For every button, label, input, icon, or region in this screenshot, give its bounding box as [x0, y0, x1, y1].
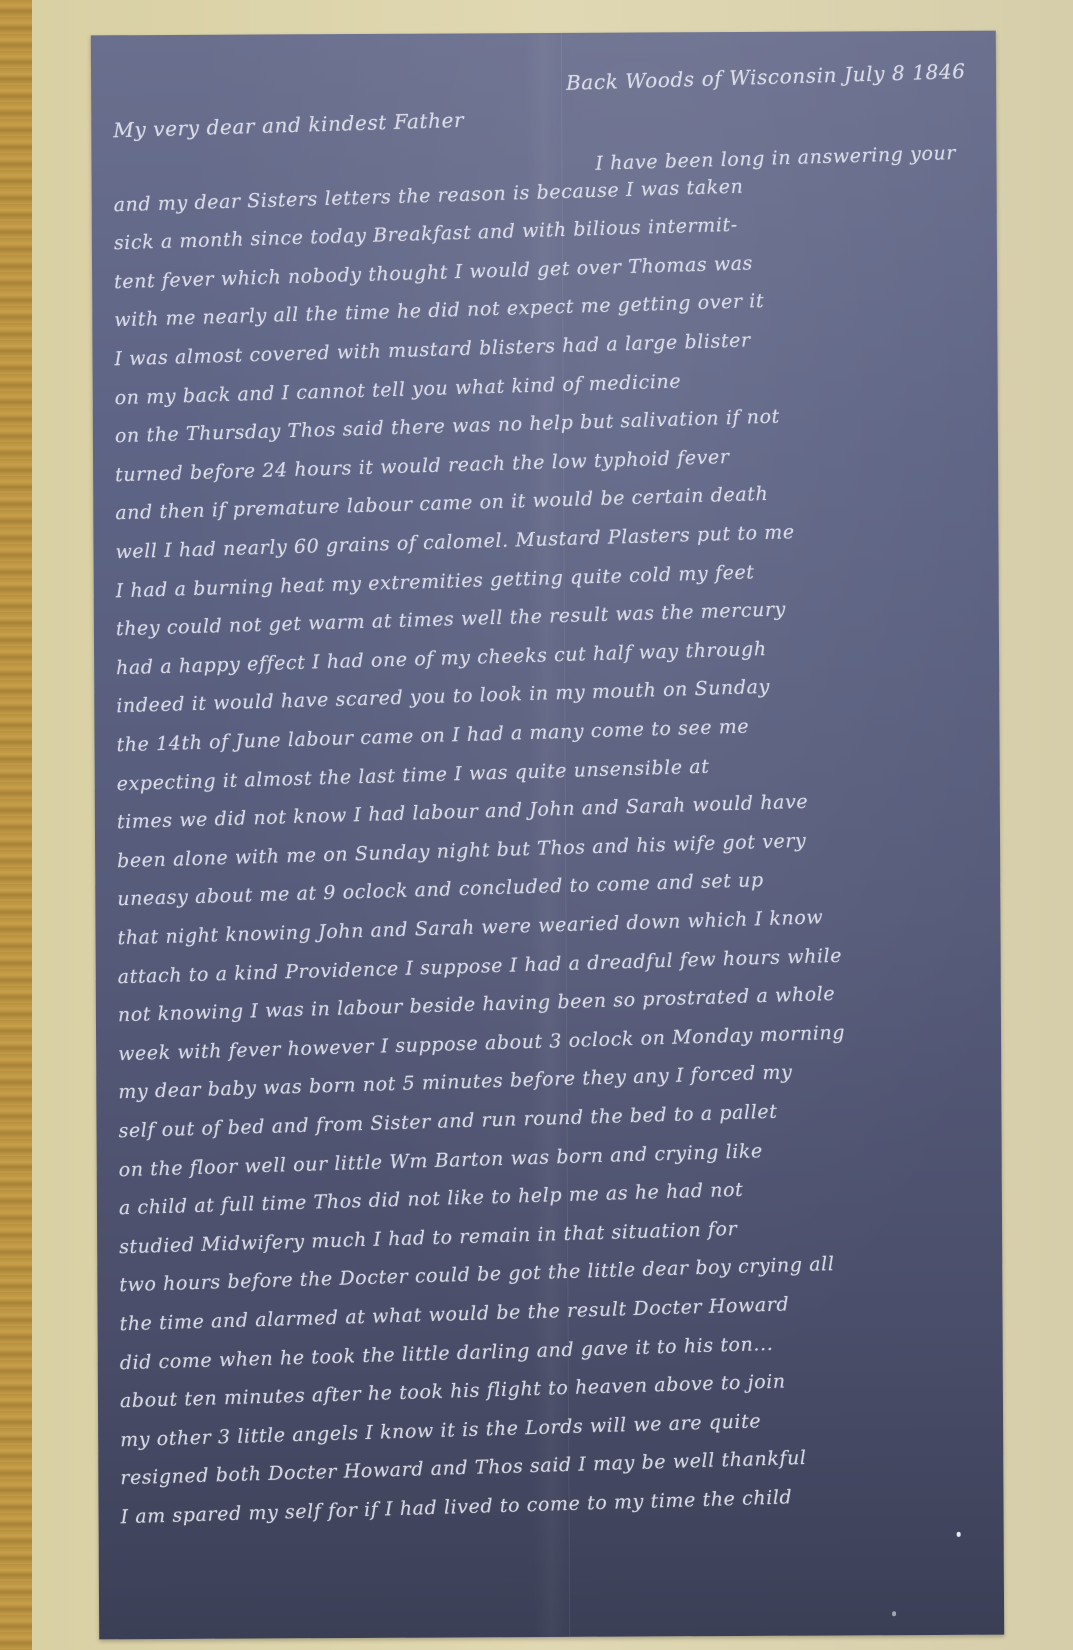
letter-line: resigned both Docter Howard and Thos sai… [120, 1442, 987, 1490]
letter-line: I was almost covered with mustard bliste… [114, 323, 981, 371]
letter-line: self out of bed and from Sister and run … [118, 1095, 985, 1143]
letter-line: that night knowing John and Sarah were w… [117, 902, 984, 950]
letter-line: I am spared my self for if I had lived t… [120, 1481, 987, 1529]
letter-line: well I had nearly 60 grains of calomel. … [115, 516, 982, 564]
letter-line: two hours before the Docter could be got… [119, 1249, 986, 1297]
letter-line: a child at full time Thos did not like t… [119, 1172, 986, 1220]
letter-line: my dear baby was born not 5 minutes befo… [118, 1056, 985, 1104]
letter-line: indeed it would have scared you to look … [116, 670, 983, 718]
letter-line: been alone with me on Sunday night but T… [117, 824, 984, 872]
letter-line: with me nearly all the time he did not e… [114, 284, 981, 332]
ink-speck [892, 1611, 896, 1616]
letter-line: uneasy about me at 9 oclock and conclude… [117, 863, 984, 911]
letter-line: times we did not know I had labour and J… [117, 786, 984, 834]
salutation: My very dear and kindest Father [113, 93, 980, 143]
letter-line: had a happy effect I had one of my cheek… [116, 631, 983, 679]
letter-line: week with fever however I suppose about … [118, 1017, 985, 1065]
letter-line: they could not get warm at times well th… [116, 593, 983, 641]
wooden-table-edge [0, 0, 32, 1650]
letter-line: expecting it almost the last time I was … [116, 747, 983, 795]
ink-speck [957, 1532, 961, 1537]
letter-line: and my dear Sisters letters the reason i… [113, 168, 980, 216]
letter-line: I had a burning heat my extremities gett… [115, 554, 982, 602]
letter-line: about ten minutes after he took his flig… [120, 1365, 987, 1413]
letter-line: attach to a kind Providence I suppose I … [117, 940, 984, 988]
letter-line: on the floor well our little Wm Barton w… [118, 1133, 985, 1181]
letter-line: did come when he took the little darling… [119, 1326, 986, 1374]
letter-line: my other 3 little angels I know it is th… [120, 1403, 987, 1451]
letter-line: not knowing I was in labour beside havin… [118, 979, 985, 1027]
letter-sheet: Back Woods of Wisconsin July 8 1846 My v… [91, 31, 1004, 1640]
letter-line: tent fever which nobody thought I would … [114, 245, 981, 293]
dateline: Back Woods of Wisconsin July 8 1846 [566, 59, 966, 95]
letter-line: and then if premature labour came on it … [115, 477, 982, 525]
letter-line: studied Midwifery much I had to remain i… [119, 1210, 986, 1258]
letter-line: on the Thursday Thos said there was no h… [115, 400, 982, 448]
letter-line: on my back and I cannot tell you what ki… [114, 361, 981, 409]
letter-line: the 14th of June labour came on I had a … [116, 709, 983, 757]
letter-line: the time and alarmed at what would be th… [119, 1288, 986, 1336]
letter-line: turned before 24 hours it would reach th… [115, 438, 982, 486]
letter-line: sick a month since today Breakfast and w… [114, 207, 981, 255]
